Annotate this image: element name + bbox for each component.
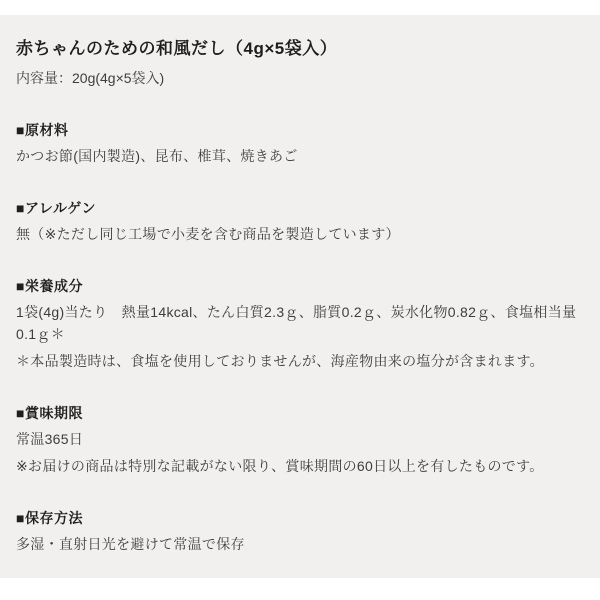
section-text-line: ＊本品製造時は、食塩を使用しておりませんが、海産物由来の塩分が含まれます。	[16, 350, 584, 372]
section-text-line: 多湿・直射日光を避けて常温で保存	[16, 533, 584, 555]
section-text-line: かつお節(国内製造)、昆布、椎茸、焼きあご	[16, 145, 584, 167]
product-title: 赤ちゃんのための和風だし（4g×5袋入）	[16, 37, 584, 61]
product-description-panel: 赤ちゃんのための和風だし（4g×5袋入） 内容量：20g(4g×5袋入) ■原材…	[0, 15, 600, 578]
page: { "page": { "title": "赤ちゃんのための和風だし（4g×5袋…	[0, 0, 600, 600]
section: ■栄養成分1袋(4g)当たり 熱量14kcal、たん白質2.3ｇ、脂質0.2ｇ、…	[16, 275, 584, 372]
section-heading: ■アレルゲン	[16, 197, 584, 219]
section-text-line: 無（※ただし同じ工場で小麦を含む商品を製造しています）	[16, 223, 584, 245]
section-text-line: 常温365日	[16, 428, 584, 450]
sections-container: ■原材料かつお節(国内製造)、昆布、椎茸、焼きあご■アレルゲン無（※ただし同じ工…	[16, 119, 584, 555]
net-content-line: 内容量：20g(4g×5袋入)	[16, 67, 584, 89]
section-heading: ■保存方法	[16, 507, 584, 529]
section-heading: ■原材料	[16, 119, 584, 141]
section: ■賞味期限常温365日※お届けの商品は特別な記載がない限り、賞味期間の60日以上…	[16, 402, 584, 477]
section-heading: ■賞味期限	[16, 402, 584, 424]
section-text-line: ※お届けの商品は特別な記載がない限り、賞味期間の60日以上を有したものです。	[16, 455, 584, 477]
section-text-line: 1袋(4g)当たり 熱量14kcal、たん白質2.3ｇ、脂質0.2ｇ、炭水化物0…	[16, 301, 584, 345]
section-heading: ■栄養成分	[16, 275, 584, 297]
section: ■保存方法多湿・直射日光を避けて常温で保存	[16, 507, 584, 555]
section: ■アレルゲン無（※ただし同じ工場で小麦を含む商品を製造しています）	[16, 197, 584, 245]
section: ■原材料かつお節(国内製造)、昆布、椎茸、焼きあご	[16, 119, 584, 167]
